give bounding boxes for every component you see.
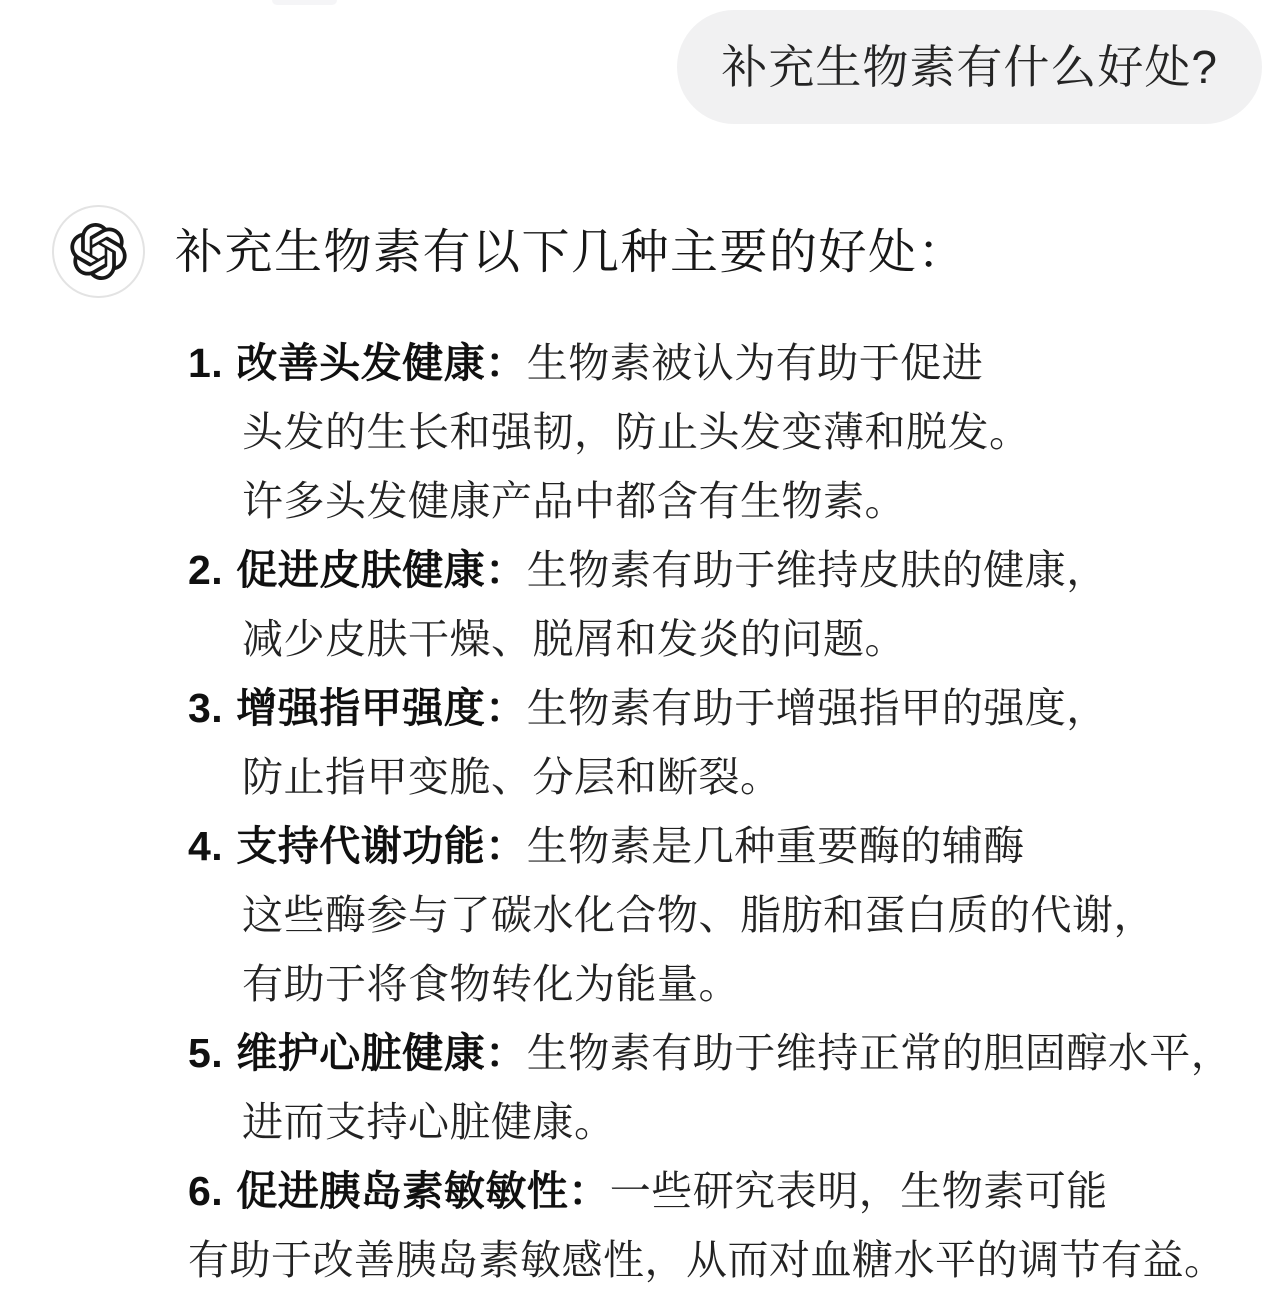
- item-label: 改善头发健康：: [236, 340, 527, 386]
- list-item: 5.维护心脏健康：生物素有助于维持正常的胆固醇水平， 进而支持心脏健康。: [188, 1019, 1232, 1157]
- list-item: 3.增强指甲强度：生物素有助于增强指甲的强度， 防止指甲变脆、分层和断裂。: [188, 674, 1232, 812]
- item-text-line: 生物素有助于维持正常的胆固醇水平，: [527, 1030, 1233, 1076]
- item-text-line: 有助于改善胰岛素敏感性，从而对血糖水平的调节有益。: [188, 1226, 1232, 1295]
- assistant-intro: 补充生物素有以下几种主要的好处：: [175, 221, 1232, 285]
- item-label: 支持代谢功能：: [236, 823, 527, 869]
- item-number: 6.: [188, 1168, 236, 1214]
- item-text-line: 生物素被认为有助于促进: [527, 340, 984, 386]
- item-text-line: 生物素有助于维持皮肤的健康，: [527, 547, 1108, 593]
- item-text-line: 许多头发健康产品中都含有生物素。: [242, 467, 1232, 536]
- benefits-list: 1.改善头发健康：生物素被认为有助于促进 头发的生长和强韧，防止头发变薄和脱发。…: [188, 329, 1232, 1295]
- list-item: 1.改善头发健康：生物素被认为有助于促进 头发的生长和强韧，防止头发变薄和脱发。…: [188, 329, 1232, 536]
- item-number: 2.: [188, 547, 236, 593]
- item-text-line: 一些研究表明，生物素可能: [610, 1168, 1108, 1214]
- item-text-line: 生物素是几种重要酶的辅酶: [527, 823, 1025, 869]
- item-label: 维护心脏健康：: [236, 1030, 527, 1076]
- item-label: 促进胰岛素敏敏性：: [236, 1168, 610, 1214]
- list-item: 2.促进皮肤健康：生物素有助于维持皮肤的健康， 减少皮肤干燥、脱屑和发炎的问题。: [188, 536, 1232, 674]
- assistant-message-content: 补充生物素有以下几种主要的好处： 1.改善头发健康：生物素被认为有助于促进 头发…: [175, 205, 1232, 1295]
- item-number: 4.: [188, 823, 236, 869]
- item-text-line: 防止指甲变脆、分层和断裂。: [242, 743, 1232, 812]
- item-number: 5.: [188, 1030, 236, 1076]
- item-text-line: 进而支持心脏健康。: [242, 1088, 1232, 1157]
- list-item: 6.促进胰岛素敏敏性：一些研究表明，生物素可能 有助于改善胰岛素敏感性，从而对血…: [188, 1157, 1232, 1295]
- openai-logo-icon: [70, 223, 127, 280]
- previous-message-remnant: [272, 0, 337, 5]
- item-number: 1.: [188, 340, 236, 386]
- assistant-message-row: 补充生物素有以下几种主要的好处： 1.改善头发健康：生物素被认为有助于促进 头发…: [0, 205, 1279, 1295]
- item-number: 3.: [188, 685, 236, 731]
- user-message-text: 补充生物素有什么好处?: [721, 41, 1218, 93]
- user-message-bubble: 补充生物素有什么好处?: [677, 10, 1262, 124]
- item-text-line: 头发的生长和强韧，防止头发变薄和脱发。: [242, 398, 1232, 467]
- assistant-avatar: [52, 205, 145, 298]
- item-text-line: 生物素有助于增强指甲的强度，: [527, 685, 1108, 731]
- item-label: 增强指甲强度：: [236, 685, 527, 731]
- item-text-line: 减少皮肤干燥、脱屑和发炎的问题。: [242, 605, 1232, 674]
- item-label: 促进皮肤健康：: [236, 547, 527, 593]
- list-item: 4.支持代谢功能：生物素是几种重要酶的辅酶 这些酶参与了碳水化合物、脂肪和蛋白质…: [188, 812, 1232, 1019]
- item-text-line: 有助于将食物转化为能量。: [242, 950, 1232, 1019]
- user-message-row: 补充生物素有什么好处?: [0, 0, 1279, 124]
- item-text-line: 这些酶参与了碳水化合物、脂肪和蛋白质的代谢，: [242, 881, 1232, 950]
